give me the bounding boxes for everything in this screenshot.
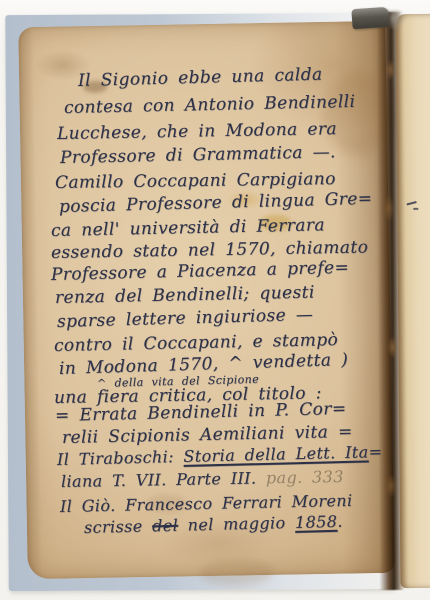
handwriting-line: scrisse del nel maggio 1858.: [84, 512, 343, 537]
handwriting-line: Professore di Grammatica —.: [60, 142, 336, 168]
handwriting-segment: =: [368, 442, 382, 461]
handwriting-line: contesa con Antonio Bendinelli: [64, 92, 356, 118]
handwriting-segment: ca nell' università di Ferrara: [51, 215, 325, 241]
handwriting-layer: Il Sigonio ebbe una caldacontesa con Ant…: [0, 0, 430, 600]
handwriting-segment: Professore di Grammatica —.: [60, 142, 336, 168]
handwriting-segment: nel maggio: [178, 513, 295, 535]
handwriting-segment: Il Sigonio ebbe una calda: [78, 65, 323, 91]
handwriting-line: sparse lettere ingiuriose —: [57, 305, 314, 332]
handwriting-line: Il Sigonio ebbe una calda: [78, 65, 323, 91]
handwriting-segment: poscia Professore di lingua Gre=: [59, 189, 373, 217]
handwriting-line: renza del Bendinelli; questi: [55, 283, 315, 308]
handwriting-segment: Lucchese, che in Modona era: [57, 119, 337, 144]
handwriting-line: liana T. VII. Parte III. pag. 333: [61, 467, 344, 491]
handwriting-segment: contesa con Antonio Bendinelli: [64, 92, 356, 118]
handwriting-segment: scrisse: [84, 516, 153, 537]
handwriting-segment: 1858: [295, 512, 338, 532]
handwriting-line: Lucchese, che in Modona era: [57, 119, 337, 144]
handwriting-segment: Camillo Coccapani Carpigiano: [55, 169, 336, 193]
handwriting-segment: del: [152, 516, 178, 536]
handwriting-segment: Il Tiraboschi:: [57, 447, 184, 469]
handwriting-segment: liana T. VII. Parte III.: [61, 468, 266, 491]
handwriting-line: poscia Professore di lingua Gre=: [59, 189, 373, 217]
handwriting-line: ca nell' università di Ferrara: [51, 215, 325, 241]
handwriting-segment: pag. 333: [266, 467, 344, 487]
handwriting-line: Camillo Coccapani Carpigiano: [55, 169, 336, 193]
handwriting-segment: sparse lettere ingiuriose —: [57, 305, 314, 332]
handwriting-segment: .: [337, 512, 343, 531]
manuscript-photo: Il Sigonio ebbe una caldacontesa con Ant…: [0, 0, 430, 600]
handwriting-segment: Storia della Lett. Ita: [183, 442, 369, 466]
handwriting-segment: renza del Bendinelli; questi: [55, 283, 315, 308]
